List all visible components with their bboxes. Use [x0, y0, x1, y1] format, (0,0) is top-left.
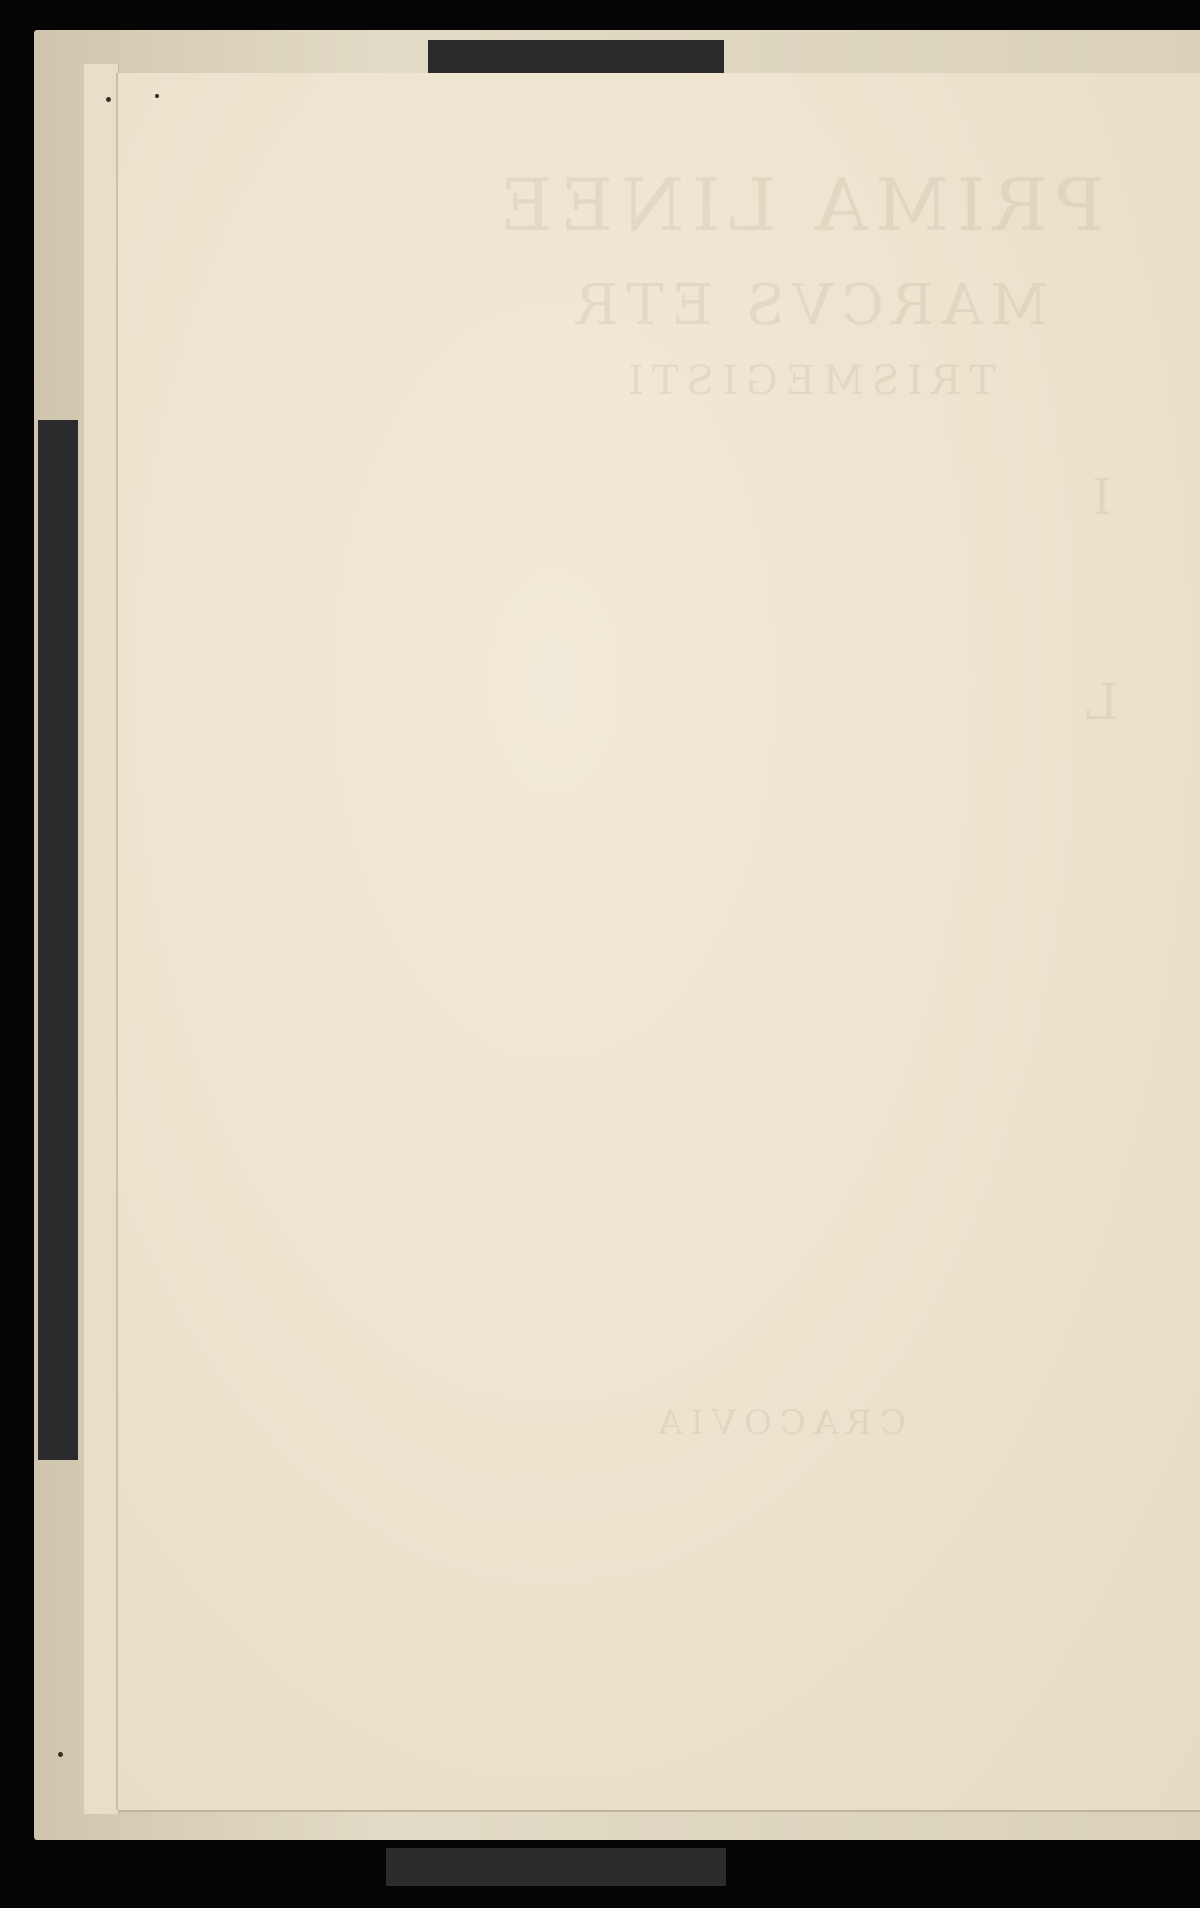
paper-speck	[106, 97, 111, 102]
book-page: PRIMA LINEE MARCVS ETR TRISMEGISTI I L C…	[118, 73, 1200, 1810]
bottom-spine-strip	[386, 1848, 726, 1886]
pastedown-edge	[84, 64, 119, 1814]
show-through-line: L	[1068, 673, 1128, 731]
show-through-line: MARCVS ETR	[418, 273, 1198, 338]
top-spine-strip	[428, 40, 724, 74]
paper-speck	[58, 1752, 63, 1757]
left-spine-strip	[38, 420, 78, 1460]
show-through-line: I	[1068, 468, 1128, 526]
show-through-line: CRACOVIA	[588, 1403, 968, 1443]
show-through-line: TRISMEGISTI	[448, 358, 1168, 404]
show-through-line: PRIMA LINEE	[398, 163, 1198, 247]
paper-speck	[155, 94, 159, 98]
